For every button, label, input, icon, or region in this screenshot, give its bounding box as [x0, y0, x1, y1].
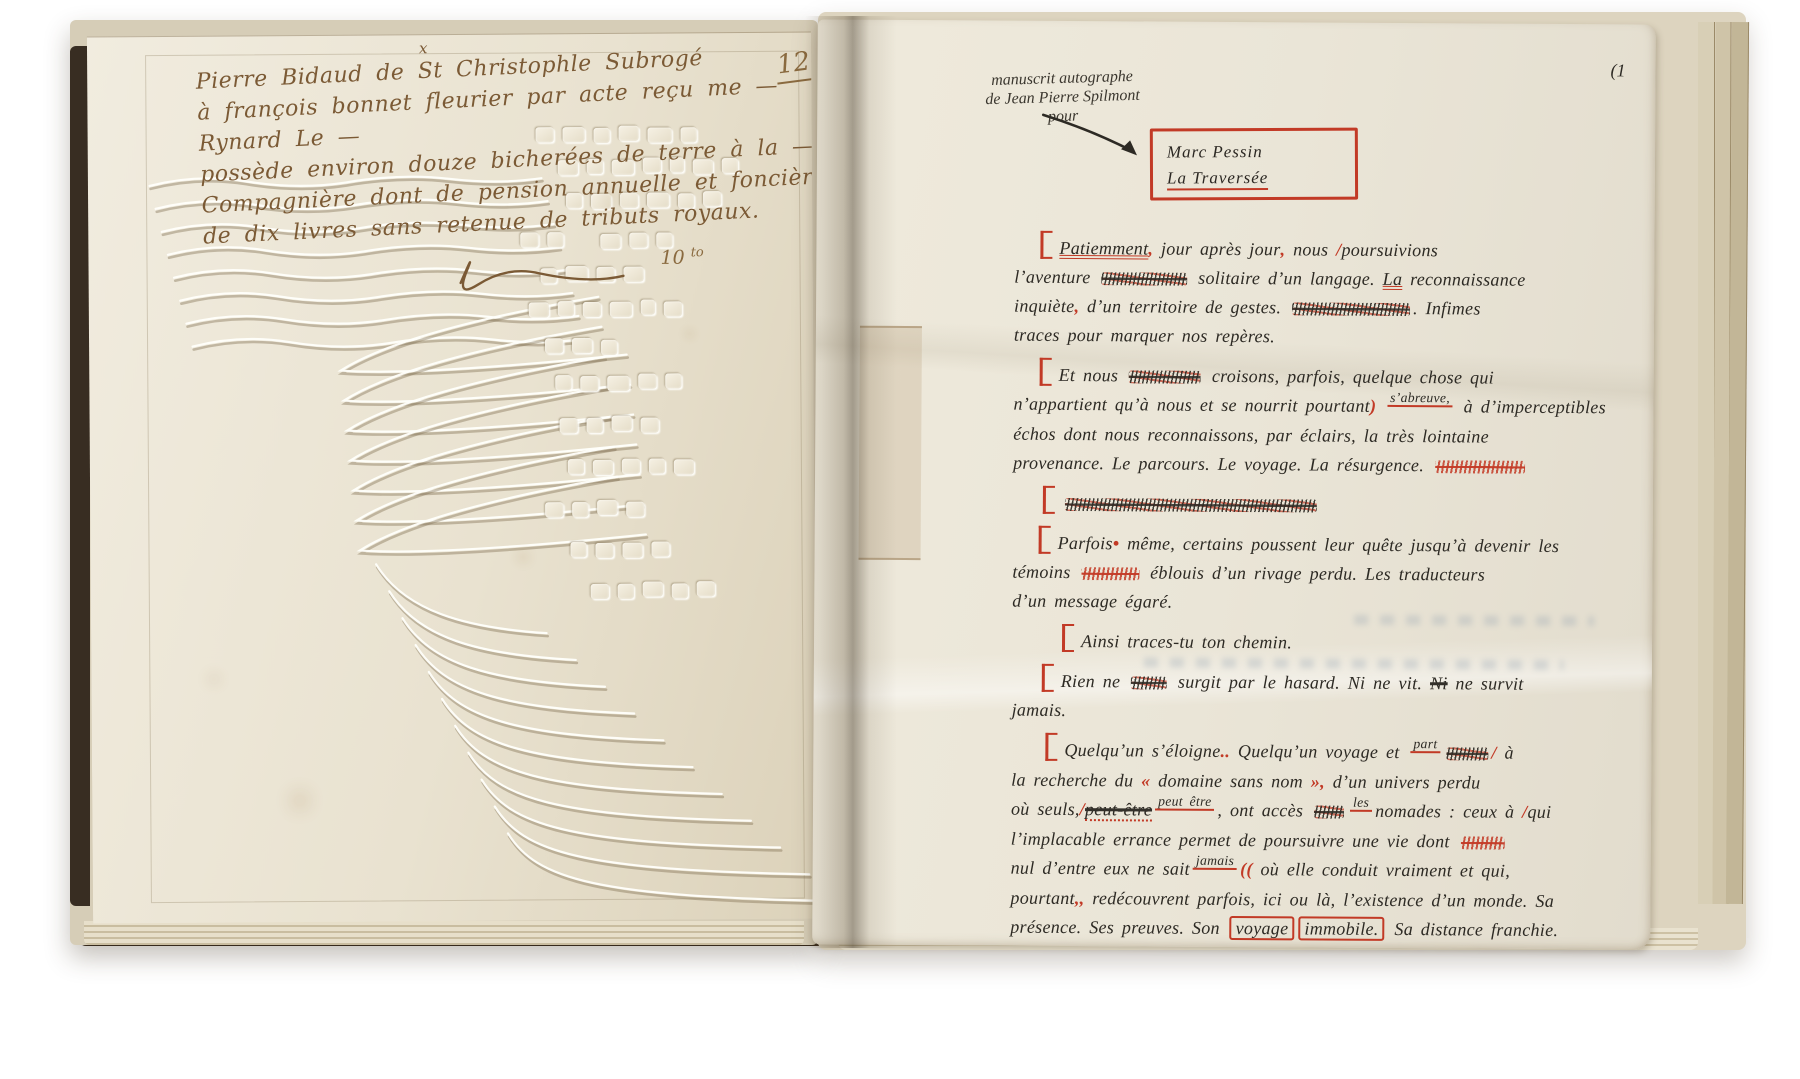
- manuscript-word: d’un message égaré.: [1012, 591, 1172, 612]
- manuscript-line: présence. Ses preuves. Son voyageimmobil…: [1010, 913, 1610, 946]
- margin-note: 10 to: [660, 245, 703, 269]
- red-boxed-word: voyage: [1230, 916, 1295, 940]
- embossed-cell: [607, 376, 629, 391]
- manuscript-line: nul d’entre eux ne saitjamais(( où elle …: [1011, 854, 1611, 888]
- photo-of-open-manuscript-book: x Pierre Bidaud de St Christophle Subrog…: [0, 0, 1800, 1079]
- manuscript-line: jamais.: [1012, 696, 1612, 729]
- inserted-correction: part: [1410, 736, 1440, 753]
- manuscript-line: Et nous croisons, parfois, quelque chose…: [1014, 358, 1614, 394]
- manuscript-line: la recherche du « domaine sans nom », d’…: [1011, 766, 1611, 799]
- manuscript-word: Patiemment: [1059, 238, 1148, 259]
- manuscript-word: éblouis d’un rivage perdu. Les traducteu…: [1142, 562, 1485, 584]
- embossed-cell: [664, 301, 682, 316]
- embossed-cell: [545, 338, 563, 353]
- red-mark: ((: [1240, 859, 1261, 879]
- scribble-strikeout: [1129, 370, 1201, 383]
- manuscript-line: inquiète, d’un territoire de gestes. . I…: [1014, 292, 1614, 325]
- manuscript-word: reconnaissance: [1402, 269, 1525, 290]
- manuscript-word: Ni: [1430, 673, 1448, 693]
- embossed-cell: [572, 338, 592, 353]
- manuscript-line: traces pour marquer nos repères.: [1014, 321, 1614, 354]
- manuscript-word: domaine sans nom: [1158, 771, 1303, 792]
- scribble-strikeout: [1461, 836, 1505, 849]
- red-mark: »,: [1303, 771, 1333, 791]
- manuscript-word: ne survit: [1448, 673, 1524, 693]
- manuscript-word: poursuivions: [1341, 240, 1438, 261]
- inserted-correction: les: [1350, 795, 1372, 812]
- manuscript-word: où elle conduit vraiment et qui,: [1260, 859, 1510, 881]
- red-mark: ..: [1220, 741, 1238, 761]
- manuscript-line: Patiemment, jour après jour, nous /pours…: [1014, 231, 1614, 267]
- left-page: x Pierre Bidaud de St Christophle Subrog…: [87, 31, 817, 923]
- manuscript-word: . Infimes: [1413, 298, 1481, 318]
- manuscript-word: l’implacable errance permet de poursuivr…: [1011, 829, 1458, 852]
- embossed-cell: [612, 416, 632, 431]
- manuscript-word: témoins: [1012, 562, 1078, 582]
- old-document-text: Pierre Bidaud de St Christophle Subrogéà…: [195, 37, 817, 252]
- red-bracket-mark: [1042, 664, 1054, 692]
- embossed-cell: [622, 459, 640, 474]
- embossed-cell: [618, 584, 634, 599]
- scribble-strikeout: [1131, 676, 1167, 689]
- manuscript-word: provenance. Le parcours. Le voyage. La r…: [1013, 453, 1432, 476]
- embossed-cell: [529, 302, 549, 317]
- manuscript-text: Patiemment, jour après jour, nous /pours…: [1010, 231, 1614, 946]
- manuscript-word: Quelqu’un voyage et: [1238, 741, 1408, 762]
- embossed-cell: [583, 302, 601, 317]
- manuscript-line: d’un message égaré.: [1012, 587, 1612, 620]
- red-mark: ,: [1148, 238, 1161, 258]
- manuscript-word: Ainsi traces-tu ton chemin.: [1081, 631, 1292, 652]
- manuscript-word: La: [1383, 269, 1403, 289]
- embossed-cell: [697, 581, 715, 596]
- manuscript-line: [1013, 486, 1613, 522]
- embossed-cell: [558, 301, 574, 316]
- red-mark: ,: [1074, 296, 1087, 316]
- embossed-cell: [595, 543, 613, 558]
- manuscript-line: Rien ne surgit par le hasard. Ni ne vit.…: [1012, 664, 1612, 700]
- embossed-cell: [597, 500, 617, 515]
- red-mark: •: [1113, 533, 1128, 553]
- manuscript-word: la recherche du: [1011, 770, 1141, 791]
- embossed-cell: [593, 460, 613, 475]
- manuscript-word: solitaire d’un langage.: [1190, 268, 1382, 289]
- manuscript-word: , ont accès: [1217, 800, 1311, 821]
- red-bracket-mark: [1043, 486, 1055, 514]
- embossed-cell: [560, 418, 578, 433]
- manuscript-word: même, certains poussent leur quête jusqu…: [1127, 533, 1559, 556]
- red-mark: ,: [1280, 239, 1293, 259]
- work-title: La Traversée: [1167, 168, 1268, 190]
- embossed-cell: [674, 459, 694, 474]
- manuscript-word: à d’imperceptibles: [1456, 396, 1606, 417]
- paper-stains: [87, 38, 92, 43]
- binding-guard-strip: [859, 326, 922, 560]
- manuscript-word: croisons, parfois, quelque chose qui: [1204, 366, 1494, 388]
- manuscript-word: Sa distance franchie.: [1387, 919, 1559, 940]
- manuscript-word: Parfois: [1058, 533, 1113, 553]
- embossed-cell: [672, 583, 688, 598]
- embossed-cell: [651, 541, 669, 556]
- scribble-strikeout: [1065, 498, 1317, 513]
- manuscript-word: jour après jour: [1161, 239, 1281, 260]
- manuscript-word: d’un territoire de gestes.: [1087, 296, 1289, 317]
- manuscript-line: Ainsi traces-tu ton chemin.: [1012, 624, 1612, 660]
- embossed-cell: [591, 584, 609, 599]
- manuscript-line: témoins éblouis d’un rivage perdu. Les t…: [1012, 558, 1612, 591]
- embossed-cell: [545, 502, 563, 517]
- manuscript-word: Quelqu’un s’éloigne: [1064, 740, 1220, 761]
- embossed-cell: [649, 459, 665, 474]
- open-book: x Pierre Bidaud de St Christophle Subrog…: [70, 10, 1746, 950]
- manuscript-word: nous: [1293, 239, 1336, 259]
- red-bracket-mark: [1040, 358, 1052, 386]
- manuscript-word: surgit par le hasard. Ni ne vit.: [1170, 672, 1430, 694]
- manuscript-word: jamais.: [1012, 700, 1067, 720]
- manuscript-word: pourtant: [1010, 888, 1075, 908]
- embossed-cell: [568, 459, 584, 474]
- red-bracket-mark: [1040, 231, 1052, 259]
- embossed-cell: [624, 267, 644, 282]
- manuscript-line: l’aventure solitaire d’un langage. La re…: [1014, 263, 1614, 296]
- manuscript-line: Parfois• même, certains poussent leur qu…: [1013, 526, 1613, 562]
- manuscript-line: n’appartient qu’à nous et se nourrit pou…: [1013, 390, 1613, 424]
- red-mark: «: [1141, 770, 1158, 790]
- ink-x-mark: x: [419, 39, 428, 57]
- embossed-cell: [641, 300, 655, 315]
- embossed-cell: [601, 340, 617, 355]
- manuscript-word: d’un univers perdu: [1333, 772, 1481, 793]
- manuscript-word: nomades : ceux à: [1375, 801, 1522, 822]
- embossed-cell: [638, 374, 656, 389]
- scribble-strikeout: [1314, 805, 1344, 818]
- scribble-strikeout: [1292, 302, 1410, 316]
- manuscript-word: redécouvrent parfois, ici ou là, l’exist…: [1092, 888, 1554, 911]
- manuscript-word: à: [1504, 743, 1513, 763]
- title-box: Marc Pessin La Traversée: [1150, 128, 1358, 201]
- red-mark: ): [1370, 396, 1384, 416]
- manuscript-word: qui: [1527, 802, 1551, 822]
- embossed-cell: [629, 233, 647, 248]
- embossed-cell: [555, 375, 571, 390]
- manuscript-word: n’appartient qu’à nous et se nourrit pou…: [1013, 394, 1370, 416]
- manuscript-line: échos dont nous reconnaissons, par éclai…: [1013, 420, 1613, 453]
- manuscript-word: échos dont nous reconnaissons, par éclai…: [1013, 424, 1489, 447]
- embossed-cell: [570, 542, 586, 557]
- red-mark: ,,: [1075, 888, 1093, 908]
- red-bracket-mark: [1062, 624, 1074, 652]
- manuscript-line: l’implacable errance permet de poursuivr…: [1011, 825, 1611, 858]
- embossed-cell: [665, 373, 681, 388]
- inserted-correction: s’abreuve,: [1387, 390, 1453, 407]
- embossed-cell: [580, 376, 598, 391]
- red-bracket-mark: [1039, 526, 1051, 554]
- manuscript-word: où seuls,: [1011, 799, 1080, 819]
- embossed-cell: [643, 582, 663, 597]
- manuscript-word: peut-être: [1085, 799, 1152, 821]
- manuscript-line: Quelqu’un s’éloigne.. Quelqu’un voyage e…: [1011, 733, 1611, 770]
- red-mark: /: [1491, 743, 1504, 763]
- manuscript-word: présence. Ses preuves. Son: [1010, 917, 1227, 938]
- red-bracket-mark: [1045, 733, 1057, 761]
- manuscript-word: Rien ne: [1061, 671, 1128, 691]
- manuscript-line: provenance. Le parcours. Le voyage. La r…: [1013, 449, 1613, 482]
- manuscript-word: inquiète: [1014, 296, 1075, 316]
- embossed-cell: [641, 418, 659, 433]
- manuscript-line: où seuls,/peut-êtrepeut être, ont accès …: [1011, 795, 1611, 829]
- manuscript-word: Et nous: [1059, 365, 1127, 385]
- manuscript-word: l’aventure: [1014, 267, 1098, 288]
- manuscript-line: pourtant,, redécouvrent parfois, ici ou …: [1010, 884, 1610, 917]
- manuscript-word: traces pour marquer nos repères.: [1014, 325, 1275, 347]
- scribble-strikeout: [1446, 747, 1488, 760]
- embossed-cell: [626, 502, 644, 517]
- inserted-correction: jamais: [1193, 853, 1237, 870]
- embossed-cell: [610, 302, 632, 317]
- scribble-strikeout: [1081, 567, 1139, 580]
- recipient-name: Marc Pessin: [1167, 139, 1345, 166]
- scribble-strikeout: [1101, 272, 1187, 286]
- ink-flourish: [444, 242, 624, 303]
- scribble-strikeout: [1435, 460, 1525, 474]
- embossed-cell: [587, 418, 603, 433]
- page-number: (1: [1610, 60, 1625, 81]
- embossed-cell: [622, 543, 642, 558]
- red-boxed-word: immobile.: [1298, 916, 1384, 941]
- ink-arrow: [1029, 107, 1159, 168]
- inserted-correction: peut être: [1155, 794, 1215, 811]
- manuscript-word: nul d’entre eux ne sait: [1011, 858, 1190, 879]
- manuscript-sheet: manuscrit autographe de Jean Pierre Spil…: [812, 19, 1656, 949]
- embossed-cell: [572, 502, 588, 517]
